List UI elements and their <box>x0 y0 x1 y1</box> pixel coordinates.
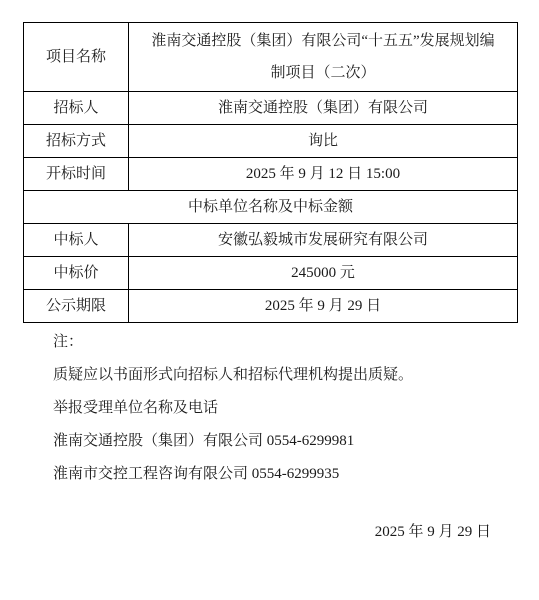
note-objection-line: 质疑应以书面形式向招标人和招标代理机构提出质疑。 <box>53 368 513 383</box>
table-row: 中标人 安徽弘毅城市发展研究有限公司 <box>24 224 518 257</box>
note-title: 注： <box>53 335 513 350</box>
tender-method-value: 询比 <box>129 125 518 158</box>
table-row: 中标价 245000 元 <box>24 257 518 290</box>
table-row: 公示期限 2025 年 9 月 29 日 <box>24 290 518 323</box>
winning-bidder-value: 安徽弘毅城市发展研究有限公司 <box>129 224 518 257</box>
publicity-period-value: 2025 年 9 月 29 日 <box>129 290 518 323</box>
tenderer-value: 淮南交通控股（集团）有限公司 <box>129 92 518 125</box>
bid-opening-time-value: 2025 年 9 月 12 日 15:00 <box>129 158 518 191</box>
project-name-label: 项目名称 <box>24 23 129 92</box>
tender-method-label: 招标方式 <box>24 125 129 158</box>
project-name-text: 淮南交通控股（集团）有限公司“十五五”发展规划编制项目（二次） <box>144 25 502 89</box>
table-row: 开标时间 2025 年 9 月 12 日 15:00 <box>24 158 518 191</box>
publicity-period-label: 公示期限 <box>24 290 129 323</box>
table-row: 中标单位名称及中标金额 <box>24 191 518 224</box>
note-report-unit-heading: 举报受理单位名称及电话 <box>53 401 513 416</box>
project-name-value: 淮南交通控股（集团）有限公司“十五五”发展规划编制项目（二次） <box>129 23 518 92</box>
winning-price-value: 245000 元 <box>129 257 518 290</box>
tender-result-document: 项目名称 淮南交通控股（集团）有限公司“十五五”发展规划编制项目（二次） 招标人… <box>0 0 539 600</box>
table-row: 招标方式 询比 <box>24 125 518 158</box>
winning-price-label: 中标价 <box>24 257 129 290</box>
table-row: 项目名称 淮南交通控股（集团）有限公司“十五五”发展规划编制项目（二次） <box>24 23 518 92</box>
notes-section: 注： 质疑应以书面形式向招标人和招标代理机构提出质疑。 举报受理单位名称及电话 … <box>53 335 513 482</box>
table-row: 招标人 淮南交通控股（集团）有限公司 <box>24 92 518 125</box>
announcement-date: 2025 年 9 月 29 日 <box>23 520 517 541</box>
section-header: 中标单位名称及中标金额 <box>24 191 518 224</box>
winning-bidder-label: 中标人 <box>24 224 129 257</box>
tender-result-table: 项目名称 淮南交通控股（集团）有限公司“十五五”发展规划编制项目（二次） 招标人… <box>23 22 518 323</box>
tenderer-label: 招标人 <box>24 92 129 125</box>
bid-opening-time-label: 开标时间 <box>24 158 129 191</box>
note-report-unit-2-phone: 淮南市交控工程咨询有限公司 0554-6299935 <box>53 467 513 482</box>
note-report-unit-1-phone: 淮南交通控股（集团）有限公司 0554-6299981 <box>53 434 513 449</box>
